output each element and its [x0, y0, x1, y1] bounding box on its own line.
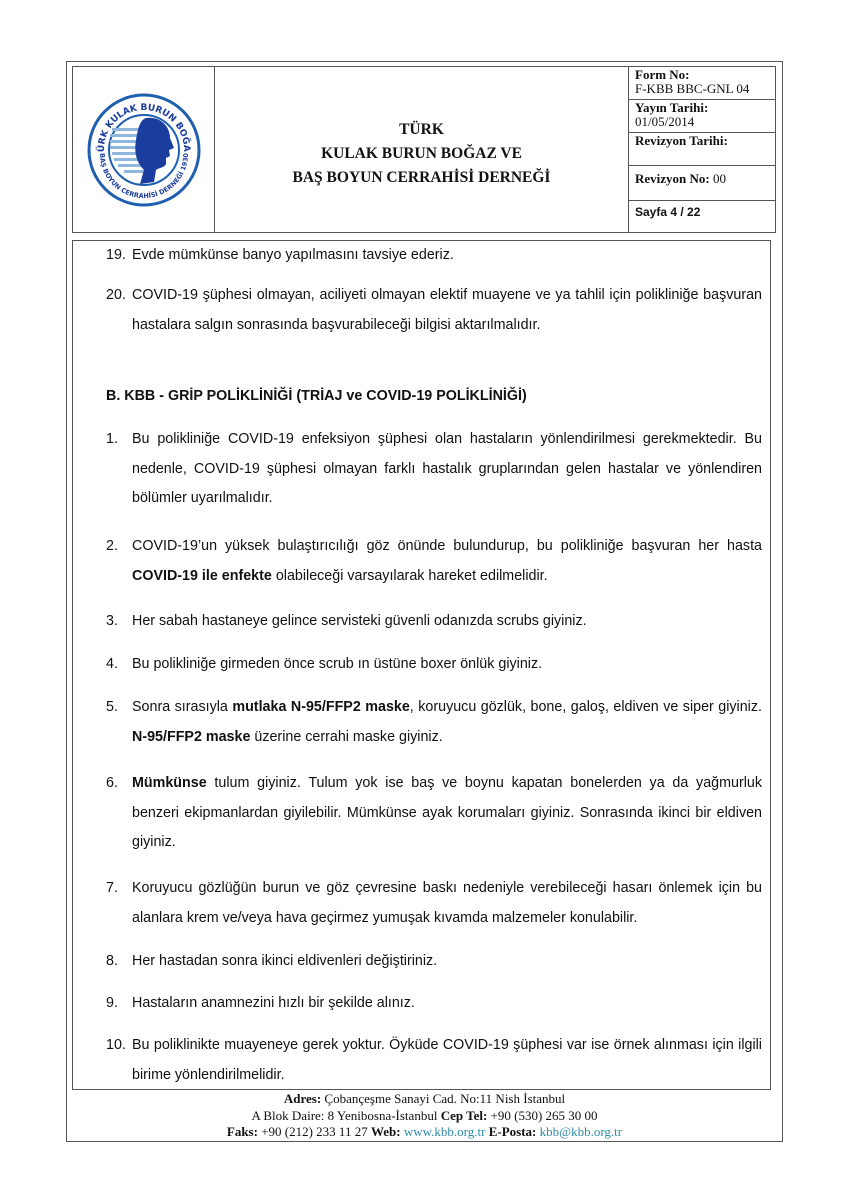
footer-line-1: Adres: Çobançeşme Sanayi Cad. No:11 Nish…: [66, 1091, 783, 1108]
list-item-9: 9. Hastaların anamnezini hızlı bir şekil…: [106, 989, 762, 1019]
document-body: 19. Evde mümkünse banyo yapılmasını tavs…: [72, 240, 771, 1090]
list-item-8: 8. Her hastadan sonra ikinci eldivenleri…: [106, 947, 762, 977]
document-footer: Adres: Çobançeşme Sanayi Cad. No:11 Nish…: [66, 1091, 783, 1141]
list-item-20: 20. COVID-19 şüphesi olmayan, aciliyeti …: [106, 281, 762, 340]
list-item-3: 3. Her sabah hastaneye gelince servistek…: [106, 607, 762, 637]
list-item-4: 4. Bu polikliniğe girmeden önce scrub ın…: [106, 650, 762, 680]
section-title: B. KBB - GRİP POLİKLİNİĞİ (TRİAJ ve COVI…: [106, 388, 527, 404]
footer-line-3: Faks: +90 (212) 233 11 27 Web: www.kbb.o…: [66, 1124, 783, 1141]
kbb-society-logo-icon: TÜRK KULAK BURUN BOĞAZ BAŞ BOYUN CERRAHİ…: [86, 92, 202, 208]
footer-line-2: A Blok Daire: 8 Yenibosna-İstanbul Cep T…: [66, 1108, 783, 1125]
title-line-3: BAŞ BOYUN CERRAHİSİ DERNEĞİ: [293, 166, 551, 190]
website-link[interactable]: www.kbb.org.tr: [404, 1124, 486, 1139]
publication-date: Yayın Tarihi: 01/05/2014: [629, 100, 775, 133]
document-meta: Form No: F-KBB BBC-GNL 04 Yayın Tarihi: …: [629, 67, 775, 232]
list-item-19: 19. Evde mümkünse banyo yapılmasını tavs…: [106, 241, 762, 271]
list-item-10: 10. Bu poliklinikte muayeneye gerek yokt…: [106, 1031, 762, 1090]
organization-title: TÜRK KULAK BURUN BOĞAZ VE BAŞ BOYUN CERR…: [215, 67, 629, 232]
document-header: TÜRK KULAK BURUN BOĞAZ BAŞ BOYUN CERRAHİ…: [72, 66, 776, 233]
title-line-2: KULAK BURUN BOĞAZ VE: [321, 142, 522, 166]
revision-date: Revizyon Tarihi:: [629, 133, 775, 166]
form-no: Form No: F-KBB BBC-GNL 04: [629, 67, 775, 100]
email-link[interactable]: kbb@kbb.org.tr: [540, 1124, 623, 1139]
list-item-6: 6. Mümkünse tulum giyiniz. Tulum yok ise…: [106, 769, 762, 858]
page-number: Sayfa 4 / 22: [629, 201, 775, 232]
list-item-7: 7. Koruyucu gözlüğün burun ve göz çevres…: [106, 874, 762, 933]
title-line-1: TÜRK: [399, 118, 444, 142]
logo-cell: TÜRK KULAK BURUN BOĞAZ BAŞ BOYUN CERRAHİ…: [73, 67, 215, 232]
list-item-1: 1. Bu polikliniğe COVID-19 enfeksiyon şü…: [106, 425, 762, 514]
list-item-5: 5. Sonra sırasıyla mutlaka N-95/FFP2 mas…: [106, 693, 762, 752]
list-item-2: 2. COVID-19’un yüksek bulaştırıcılığı gö…: [106, 532, 762, 591]
revision-no: Revizyon No: 00: [629, 166, 775, 201]
